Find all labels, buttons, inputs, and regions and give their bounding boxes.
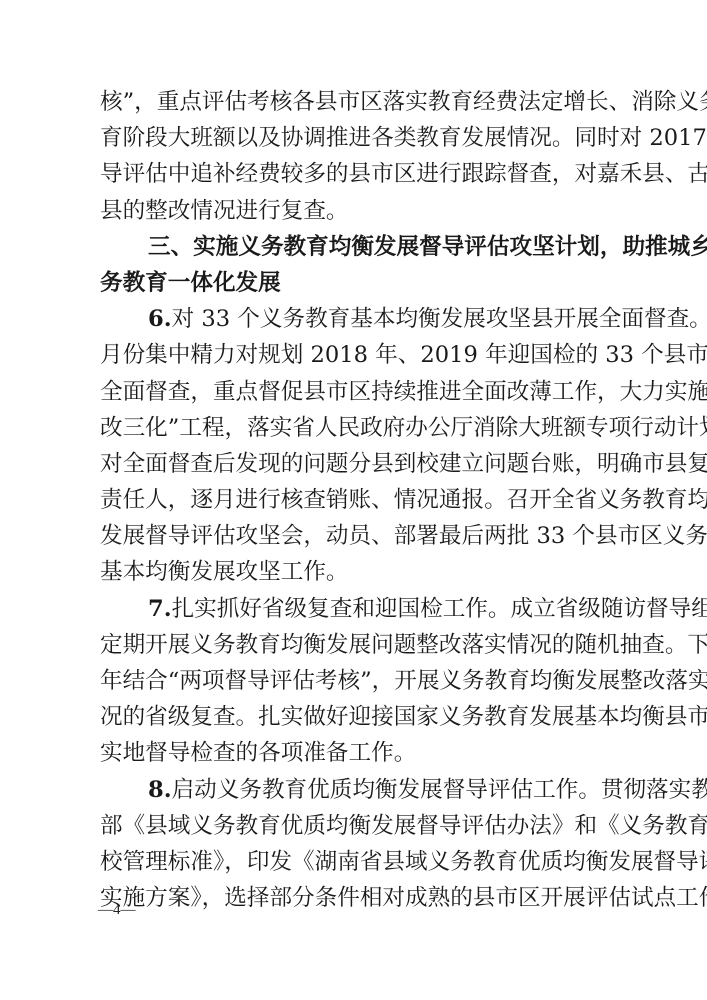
item-number: 6. [148, 306, 172, 332]
text-line: 月份集中精力对规划 2018 年、2019 年迎国检的 33 个县市区开展 [100, 337, 630, 373]
item-8: 8.启动义务教育优质均衡发展督导评估工作。贯彻落实教育 部《县域义务教育优质均衡… [100, 772, 630, 917]
text-line: 责任人，逐月进行核查销账、情况通报。召开全省义务教育均衡 [100, 482, 630, 518]
text-line: 部《县域义务教育优质均衡发展督导评估办法》和《义务教育学 [100, 808, 630, 844]
text-line: 发展督导评估攻坚会，动员、部署最后两批 33 个县市区义务教育 [100, 518, 630, 554]
text-line: 导评估中追补经费较多的县市区进行跟踪督查，对嘉禾县、古丈 [100, 156, 630, 192]
text-line: 实地督导检查的各项准备工作。 [100, 735, 630, 771]
text-line: 育阶段大班额以及协调推进各类教育发展情况。同时对 2017 年督 [100, 120, 630, 156]
section-heading-3: 三、实施义务教育均衡发展督导评估攻坚计划，助推城乡义 务教育一体化发展 [100, 229, 630, 301]
item-number: 7. [148, 596, 172, 622]
text-line: 实施方案》，选择部分条件相对成熟的县市区开展评估试点工作。 [100, 880, 630, 916]
text-line-first: 6.对 33 个义务教育基本均衡发展攻坚县开展全面督查。4 [100, 301, 630, 337]
page-number: —4— [98, 900, 136, 920]
text-line: 改三化”工程，落实省人民政府办公厅消除大班额专项行动计划。 [100, 410, 630, 446]
paragraph-continuation: 核”，重点评估考核各县市区落实教育经费法定增长、消除义务教 育阶段大班额以及协调… [100, 84, 630, 229]
item-text: 对 33 个义务教育基本均衡发展攻坚县开展全面督查。4 [172, 306, 707, 332]
heading-line: 三、实施义务教育均衡发展督导评估攻坚计划，助推城乡义 [100, 229, 630, 265]
heading-line: 务教育一体化发展 [100, 265, 630, 301]
item-7: 7.扎实抓好省级复查和迎国检工作。成立省级随访督导组， 定期开展义务教育均衡发展… [100, 591, 630, 772]
item-text: 扎实抓好省级复查和迎国检工作。成立省级随访督导组， [172, 596, 707, 622]
text-line: 定期开展义务教育均衡发展问题整改落实情况的随机抽查。下半 [100, 627, 630, 663]
text-line: 年结合“两项督导评估考核”，开展义务教育均衡发展整改落实情 [100, 663, 630, 699]
text-line: 县的整改情况进行复查。 [100, 193, 630, 229]
item-text: 启动义务教育优质均衡发展督导评估工作。贯彻落实教育 [172, 777, 707, 803]
text-line: 基本均衡发展攻坚工作。 [100, 554, 630, 590]
text-line-first: 8.启动义务教育优质均衡发展督导评估工作。贯彻落实教育 [100, 772, 630, 808]
document-body: 核”，重点评估考核各县市区落实教育经费法定增长、消除义务教 育阶段大班额以及协调… [100, 84, 630, 916]
item-number: 8. [148, 777, 172, 803]
text-line: 况的省级复查。扎实做好迎接国家义务教育发展基本均衡县市区 [100, 699, 630, 735]
text-line: 全面督查，重点督促县市区持续推进全面改薄工作，大力实施“四 [100, 374, 630, 410]
document-page: 核”，重点评估考核各县市区落实教育经费法定增长、消除义务教 育阶段大班额以及协调… [0, 0, 707, 1000]
text-line: 核”，重点评估考核各县市区落实教育经费法定增长、消除义务教 [100, 84, 630, 120]
text-line-first: 7.扎实抓好省级复查和迎国检工作。成立省级随访督导组， [100, 591, 630, 627]
item-6: 6.对 33 个义务教育基本均衡发展攻坚县开展全面督查。4 月份集中精力对规划 … [100, 301, 630, 591]
text-line: 校管理标准》，印发《湖南省县域义务教育优质均衡发展督导评估 [100, 844, 630, 880]
text-line: 对全面督查后发现的问题分县到校建立问题台账，明确市县复查 [100, 446, 630, 482]
